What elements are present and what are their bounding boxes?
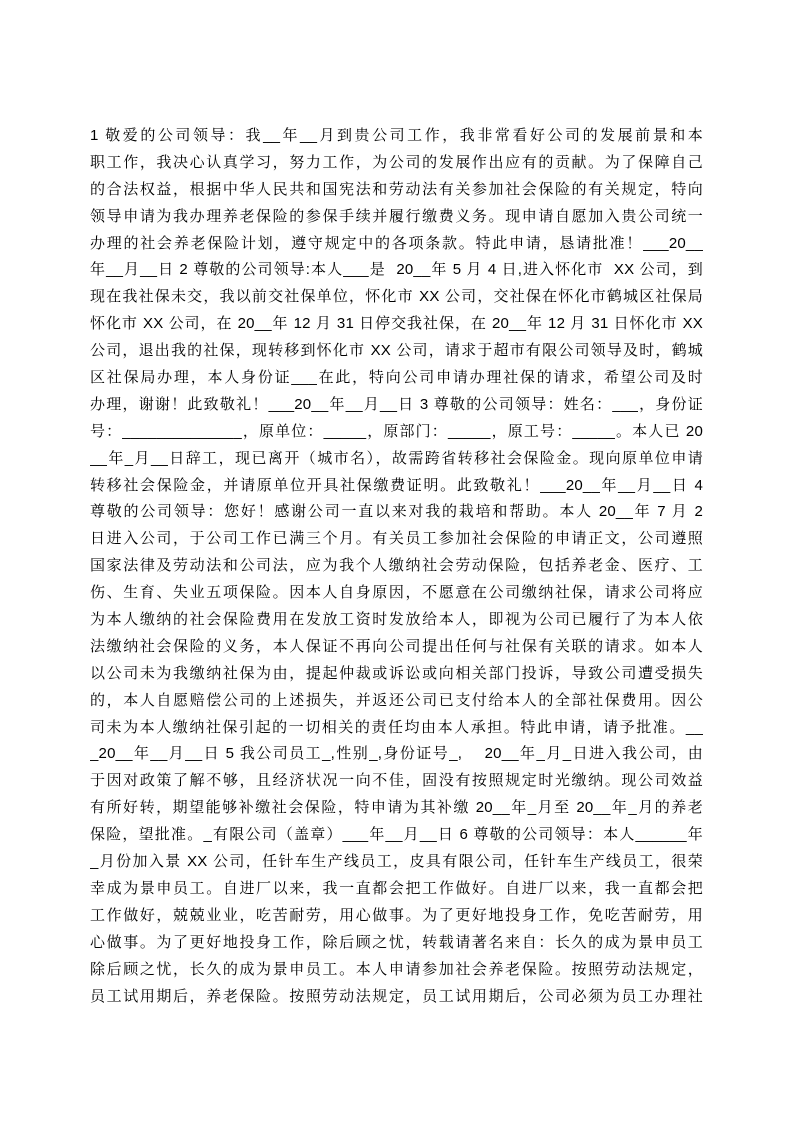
text-line: __年_月__日辞工，现已离开（城市名），故需跨省转移社会保险金。现向原单位申请 [90,446,703,473]
text-line: 转移社会保险金，并请原单位开具社保缴费证明。此致敬礼！___20__年__月__… [90,473,703,500]
text-line: 领导申请为我办理养老保险的参保手续并履行缴费义务。现申请自愿加入贵公司统一 [90,204,703,231]
text-line: 心做事。为了更好地投身工作，除后顾之忧，转载请著名来自：长久的成为景申员工 [90,930,703,957]
text-line: 除后顾之忧，长久的成为景申员工。本人申请参加社会养老保险。按照劳动法规定， [90,957,703,984]
text-line: _月份加入景 XX 公司，任针车生产线员工，皮具有限公司，任针车生产线员工，很荣 [90,849,703,876]
text-line: 区社保局办理，本人身份证___在此，特向公司申请办理社保的请求，希望公司及时 [90,365,703,392]
text-line: 工作做好，兢兢业业，吃苦耐劳，用心做事。为了更好地投身工作，免吃苦耐劳，用 [90,903,703,930]
text-line: 年__月__日 2 尊敬的公司领导:本人___是 20__年 5 月 4 日,进… [90,257,703,284]
text-line: 办理的社会养老保险计划，遵守规定中的各项条款。特此申请，恳请批准！___20__ [90,231,703,258]
text-line: 尊敬的公司领导：您好！感谢公司一直以来对我的栽培和帮助。本人 20__年 7 月… [90,499,703,526]
text-line: 的合法权益，根据中华人民共和国宪法和劳动法有关参加社会保险的有关规定，特向 [90,177,703,204]
document-page: 1 敬爱的公司领导：我__年__月到贵公司工作，我非常看好公司的发展前景和本职工… [0,0,793,1122]
text-line: 为本人缴纳的社会保险费用在发放工资时发放给本人，即视为公司已履行了为本人依 [90,607,703,634]
text-line: _20__年__月__日 5 我公司员工_,性别_,身份证号_, 20__年_月… [90,741,703,768]
text-line: 员工试用期后，养老保险。按照劳动法规定，员工试用期后，公司必须为员工办理社 [90,984,703,1011]
text-line: 公司，退出我的社保，现转移到怀化市 XX 公司，请求于超市有限公司领导及时，鹤城 [90,338,703,365]
document-body: 1 敬爱的公司领导：我__年__月到贵公司工作，我非常看好公司的发展前景和本职工… [90,123,703,1010]
text-line: 幸成为景申员工。自进厂以来，我一直都会把工作做好。自进厂以来，我一直都会把 [90,876,703,903]
text-line: 号：______________，原单位：_____，原部门：_____，原工号… [90,419,703,446]
text-line: 职工作，我决心认真学习，努力工作，为公司的发展作出应有的贡献。为了保障自己 [90,150,703,177]
text-line: 以公司未为我缴纳社保为由，提起仲裁或诉讼或向相关部门投诉，导致公司遭受损失 [90,661,703,688]
text-line: 伤、生育、失业五项保险。因本人自身原因，不愿意在公司缴纳社保，请求公司将应 [90,580,703,607]
text-line: 1 敬爱的公司领导：我__年__月到贵公司工作，我非常看好公司的发展前景和本 [90,123,703,150]
text-line: 保险，望批准。_有限公司（盖章）___年__月__日 6 尊敬的公司领导：本人_… [90,822,703,849]
text-line: 日进入公司，于公司工作已满三个月。有关员工参加社会保险的申请正文，公司遵照 [90,526,703,553]
text-line: 司未为本人缴纳社保引起的一切相关的责任均由本人承担。特此申请，请予批准。__ [90,715,703,742]
text-line: 怀化市 XX 公司，在 20__年 12 月 31 日停交我社保，在 20__年… [90,311,703,338]
text-line: 现在我社保未交，我以前交社保单位，怀化市 XX 公司，交社保在怀化市鹤城区社保局 [90,284,703,311]
text-line: 有所好转，期望能够补缴社会保险，特申请为其补缴 20__年_月至 20__年_月… [90,795,703,822]
text-line: 的，本人自愿赔偿公司的上述损失，并返还公司已支付给本人的全部社保费用。因公 [90,688,703,715]
text-line: 办理，谢谢！此致敬礼！___20__年__月__日 3 尊敬的公司领导：姓名：_… [90,392,703,419]
text-line: 于因对政策了解不够，且经济状况一向不佳，固没有按照规定时光缴纳。现公司效益 [90,768,703,795]
text-line: 法缴纳社会保险的义务，本人保证不再向公司提出任何与社保有关联的请求。如本人 [90,634,703,661]
text-line: 国家法律及劳动法和公司法，应为我个人缴纳社会劳动保险，包括养老金、医疗、工 [90,553,703,580]
